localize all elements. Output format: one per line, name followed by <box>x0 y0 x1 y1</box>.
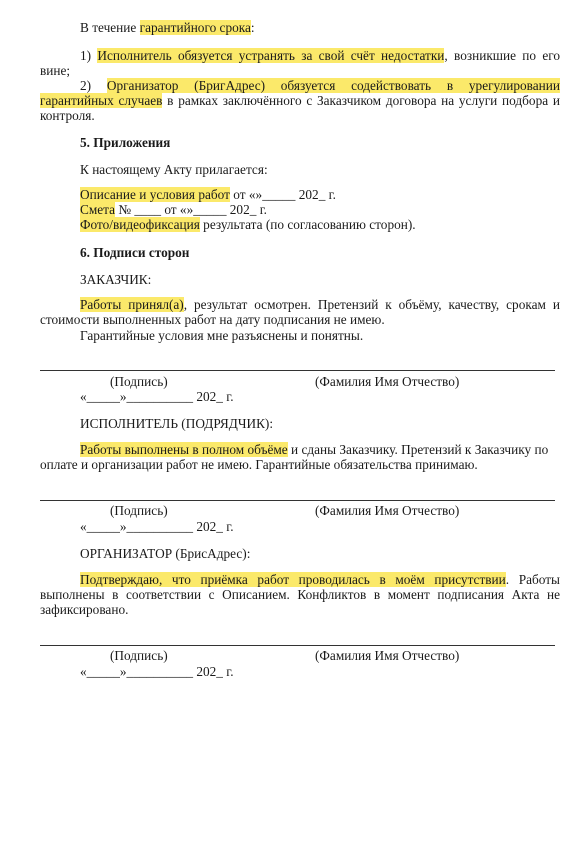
highlight: Исполнитель обязуется устранять за свой … <box>97 48 444 63</box>
item-number: 1) <box>80 48 91 63</box>
signature-label: (Подпись) <box>110 648 168 664</box>
highlight: Фото/видеофиксация <box>80 217 200 232</box>
signature-line[interactable] <box>40 645 555 646</box>
text: , возникшие по его <box>444 48 560 63</box>
attachment-item: Описание и условия работ от «»_____ 202_… <box>80 187 336 203</box>
full-name-label: (Фамилия Имя Отчество) <box>315 374 459 390</box>
warranty-intro: В течение гарантийного срока: <box>80 20 255 36</box>
date-field[interactable]: «_____»__________ 202_ г. <box>80 389 234 405</box>
warranty-item-2-line2: гарантийных случаев в рамках заключённог… <box>40 93 560 109</box>
party-customer-title: ЗАКАЗЧИК: <box>80 272 151 288</box>
signature-line[interactable] <box>40 500 555 501</box>
signature-label: (Подпись) <box>110 503 168 519</box>
party-organizer-title: ОРГАНИЗАТОР (БрисАдрес): <box>80 546 250 562</box>
text: от «»_____ 202_ г. <box>230 187 336 202</box>
text: результата (по согласованию сторон). <box>200 217 416 232</box>
highlight: Смета <box>80 202 115 217</box>
full-name-label: (Фамилия Имя Отчество) <box>315 648 459 664</box>
highlight: Работы выполнены в полном объёме <box>80 442 288 457</box>
party-customer-statement-line2: стоимости выполненных работ на дату подп… <box>40 312 385 328</box>
highlight: гарантийного срока <box>140 20 251 35</box>
highlight: Работы принял(а) <box>80 297 184 312</box>
warranty-item-2: 2) Организатор (БригАдрес) обязуется сод… <box>40 78 560 94</box>
text: , результат осмотрен. Претензий к объёму… <box>184 297 560 312</box>
warranty-item-1: 1) Исполнитель обязуется устранять за св… <box>40 48 560 64</box>
signature-line[interactable] <box>40 370 555 371</box>
highlight: гарантийных случаев <box>40 93 162 108</box>
party-customer-statement-line3: Гарантийные условия мне разъяснены и пон… <box>80 328 363 344</box>
warranty-item-2-line3: контроля. <box>40 108 95 124</box>
highlight: Организатор (БригАдрес) обязуется содейс… <box>107 78 560 93</box>
section-6-heading: 6. Подписи сторон <box>80 245 189 261</box>
date-line: «_____»__________ 202_ г. <box>80 664 234 679</box>
section-5-heading: 5. Приложения <box>80 135 170 151</box>
attachment-item: Смета № ____ от «»_____ 202_ г. <box>80 202 267 218</box>
signature-label: (Подпись) <box>110 374 168 390</box>
party-organizer-statement-line2: выполнены в соответствии с Описанием. Ко… <box>40 587 560 603</box>
text: № ____ от «»_____ 202_ г. <box>115 202 267 217</box>
text: . Работы <box>506 572 560 587</box>
section-5-intro: К настоящему Акту прилагается: <box>80 162 268 178</box>
text: В течение <box>80 20 140 35</box>
party-contractor-title: ИСПОЛНИТЕЛЬ (ПОДРЯДЧИК): <box>80 416 273 432</box>
date-line: «_____»__________ 202_ г. <box>80 519 234 534</box>
party-organizer-statement-line3: зафиксировано. <box>40 602 128 618</box>
text: в рамках заключённого с Заказчиком догов… <box>162 93 560 108</box>
party-contractor-statement: Работы выполнены в полном объёме и сданы… <box>80 442 548 458</box>
attachment-item: Фото/видеофиксация результата (по соглас… <box>80 217 416 233</box>
party-organizer-statement: Подтверждаю, что приёмка работ проводила… <box>40 572 560 588</box>
party-customer-statement: Работы принял(а), результат осмотрен. Пр… <box>40 297 560 313</box>
date-field[interactable]: «_____»__________ 202_ г. <box>80 664 234 680</box>
text: : <box>251 20 255 35</box>
warranty-item-1-cont: вине; <box>40 63 70 79</box>
item-number: 2) <box>80 78 91 93</box>
full-name-label: (Фамилия Имя Отчество) <box>315 503 459 519</box>
date-line: «_____»__________ 202_ г. <box>80 389 234 404</box>
date-field[interactable]: «_____»__________ 202_ г. <box>80 519 234 535</box>
highlight: Описание и условия работ <box>80 187 230 202</box>
highlight: Подтверждаю, что приёмка работ проводила… <box>80 572 506 587</box>
party-contractor-statement-line2: оплате и организации работ не имею. Гара… <box>40 457 478 473</box>
text: и сданы Заказчику. Претензий к Заказчику… <box>288 442 549 457</box>
